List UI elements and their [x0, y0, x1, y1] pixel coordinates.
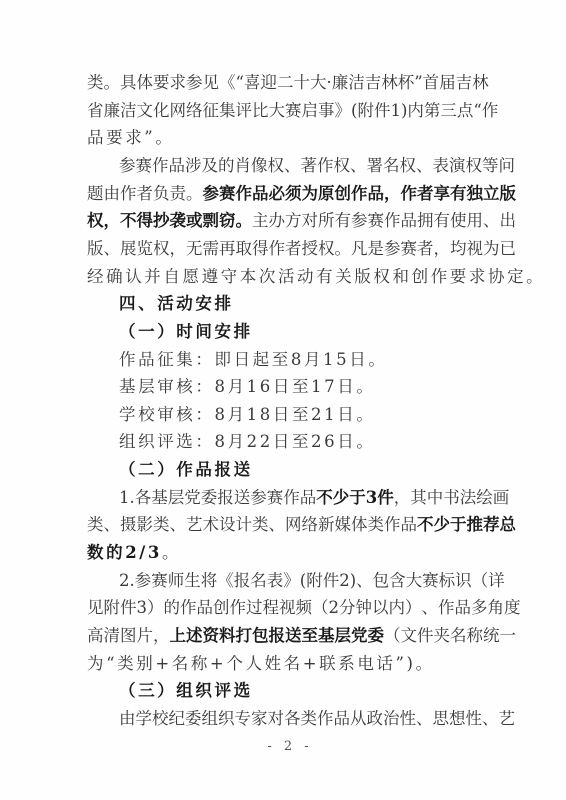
char: 层	[138, 376, 155, 398]
char: 遵	[202, 266, 219, 288]
char: 多	[471, 597, 488, 619]
text-line: 学校审核：8月18日至21日。	[119, 404, 480, 426]
bold-char: 于	[349, 487, 366, 509]
char: 核	[176, 404, 193, 426]
bold-char: 评	[214, 680, 231, 702]
char: 权	[466, 155, 483, 177]
char: 1	[390, 100, 401, 122]
bold-char: 必	[269, 183, 286, 205]
char: 已	[500, 238, 517, 260]
bold-char: 推	[467, 514, 484, 536]
char: 省	[87, 100, 104, 122]
char: 图	[120, 625, 137, 647]
char: 由	[104, 183, 121, 205]
char: 绘	[476, 487, 493, 509]
bold-char: 不	[316, 487, 333, 509]
bold-char: 抄	[153, 210, 170, 232]
char: ）	[147, 597, 164, 619]
char: 分	[339, 597, 356, 619]
text-line: （三）组织评选	[119, 680, 480, 702]
char: 授	[302, 238, 319, 260]
char: 点	[457, 100, 474, 122]
text-line: 四、活动安排	[119, 293, 480, 315]
char: 附	[306, 570, 323, 592]
char: 审	[157, 376, 174, 398]
char: 作	[120, 183, 137, 205]
bold-char: 品	[252, 183, 269, 205]
char: 、	[356, 570, 373, 592]
char: 艺	[186, 514, 203, 536]
char: 网	[285, 514, 302, 536]
bold-char: 品	[368, 183, 385, 205]
char: 师	[168, 570, 185, 592]
bold-char: /	[139, 542, 145, 564]
bold-char: 打	[236, 625, 253, 647]
char: 内	[407, 100, 424, 122]
bold-char: 送	[234, 459, 251, 481]
char: 件	[417, 625, 434, 647]
char: 首	[423, 72, 440, 94]
bold-char: 报	[214, 459, 231, 481]
char: 求	[469, 266, 486, 288]
char: 络	[186, 100, 203, 122]
bold-char: 时	[176, 321, 193, 343]
char: 姓	[265, 653, 282, 675]
char: 出	[500, 210, 517, 232]
char: 思	[433, 708, 450, 730]
char: 性	[400, 708, 417, 730]
char: 为	[483, 238, 500, 260]
char: 名	[172, 653, 189, 675]
text-line: 类。具体要求参见《“喜迎二十大·廉洁吉林杯”首届吉林	[87, 72, 480, 94]
char: 设	[219, 514, 236, 536]
bold-char: 于	[450, 514, 467, 536]
char: 8	[260, 404, 271, 426]
char: 者	[137, 183, 154, 205]
char: 家	[251, 708, 268, 730]
char: 起	[253, 349, 270, 371]
bold-char: 得	[137, 210, 154, 232]
text-line: 题由作者负责。参赛作品必须为原创作品，作者享有独立版	[87, 183, 480, 205]
char: 作	[384, 514, 401, 536]
char: 2	[339, 570, 350, 592]
char: 表	[433, 155, 450, 177]
char: 责	[170, 183, 187, 205]
char: 对	[268, 708, 285, 730]
char: 人	[245, 653, 262, 675]
char: 、	[170, 514, 187, 536]
char: 《	[219, 72, 236, 94]
char: ：	[195, 431, 212, 453]
char: 网	[170, 100, 187, 122]
char: 作	[438, 597, 455, 619]
char: 协	[488, 266, 505, 288]
char: 要	[450, 266, 467, 288]
char: 确	[106, 266, 123, 288]
char: 廉	[332, 72, 349, 94]
char: ”	[414, 72, 422, 94]
char: 集	[176, 349, 193, 371]
bold-char: 报	[269, 625, 286, 647]
char: ”	[396, 653, 404, 675]
char: 织	[138, 431, 155, 453]
char: 表	[267, 570, 284, 592]
char: 届	[439, 72, 456, 94]
char: 办	[269, 210, 286, 232]
char: 《	[217, 570, 234, 592]
char: 文	[137, 100, 154, 122]
char: 负	[153, 183, 170, 205]
char: 见	[203, 72, 220, 94]
char: 。	[356, 404, 373, 426]
char: 2	[260, 431, 271, 453]
char: 得	[252, 238, 269, 260]
char: 启	[302, 100, 319, 122]
char: 均	[450, 238, 467, 260]
bold-char: 者	[417, 183, 434, 205]
document-page: 类。具体要求参见《“喜迎二十大·廉洁吉林杯”首届吉林省廉洁文化网络征集评比大赛启…	[0, 0, 566, 800]
bold-char: 数	[87, 542, 104, 564]
char: 3	[137, 597, 148, 619]
char: 委	[185, 708, 202, 730]
char: ：	[195, 376, 212, 398]
char: 品	[197, 597, 214, 619]
bold-char: 排	[214, 293, 231, 315]
char: 林	[472, 72, 489, 94]
char: ，	[394, 487, 411, 509]
bold-char: 动	[176, 293, 193, 315]
char: 创	[412, 266, 429, 288]
page-number: - 2 -	[0, 739, 566, 754]
bold-char: 述	[186, 625, 203, 647]
char: 政	[367, 708, 384, 730]
char: 作	[230, 597, 247, 619]
char: 电	[357, 653, 374, 675]
char: 类	[87, 514, 104, 536]
char: 名	[250, 570, 267, 592]
bold-char: 包	[252, 625, 269, 647]
bold-char: 不	[417, 514, 434, 536]
char: 洁	[348, 72, 365, 94]
char: 治	[383, 708, 400, 730]
char: 二	[277, 72, 294, 94]
char: 作	[119, 349, 136, 371]
char: 类	[153, 514, 170, 536]
char: 计	[236, 514, 253, 536]
char: 件	[323, 570, 340, 592]
bold-char: （	[119, 459, 136, 481]
char: )	[407, 653, 413, 675]
char: 权	[373, 266, 390, 288]
char: ，	[434, 238, 451, 260]
char: 使	[450, 210, 467, 232]
char: 标	[439, 570, 456, 592]
bold-char: 2	[125, 542, 136, 564]
bold-char: 、	[138, 293, 155, 315]
bold-char: 享	[434, 183, 451, 205]
char: 度	[504, 597, 521, 619]
char: 主	[252, 210, 269, 232]
text-line: （一）时间安排	[119, 321, 480, 343]
char: 参	[384, 238, 401, 260]
char: 话	[376, 653, 393, 675]
char: ：	[195, 349, 212, 371]
char: 日	[337, 404, 354, 426]
char: 品	[401, 514, 418, 536]
char: 日	[337, 376, 354, 398]
bold-char: 少	[333, 487, 350, 509]
char: 。	[356, 431, 373, 453]
char: 统	[483, 625, 500, 647]
char: 作	[180, 597, 197, 619]
char: 权	[400, 155, 417, 177]
char: 日	[337, 431, 354, 453]
char: 是	[368, 238, 385, 260]
char: 至	[292, 431, 309, 453]
char: 经	[87, 266, 104, 288]
char: 具	[120, 72, 137, 94]
bold-char: 织	[195, 680, 212, 702]
char: 像	[251, 155, 268, 177]
char: 喜	[244, 72, 261, 94]
char: 大	[269, 100, 286, 122]
bold-char: 袭	[170, 210, 187, 232]
char: 创	[213, 597, 230, 619]
bold-char: 总	[500, 514, 517, 536]
char: 件	[374, 100, 391, 122]
char: 络	[302, 514, 319, 536]
char: 愿	[182, 266, 199, 288]
char: 即	[214, 349, 231, 371]
bold-char: 原	[318, 183, 335, 205]
char: 日	[273, 404, 290, 426]
char: 参	[351, 210, 368, 232]
char: 选	[176, 431, 193, 453]
char: 大	[406, 570, 423, 592]
char: 、	[350, 155, 367, 177]
char: 1	[247, 376, 258, 398]
char: 征	[203, 100, 220, 122]
char: 要	[153, 72, 170, 94]
char: 程	[263, 597, 280, 619]
bold-char: 党	[351, 625, 368, 647]
bold-char: 作	[236, 183, 253, 205]
char: 和	[393, 266, 410, 288]
char: 从	[350, 708, 367, 730]
text-line: 由学校纪委组织专家对各类作品从政治性、思想性、艺	[119, 708, 480, 730]
text-line: 见附件3）的作品创作过程视频（2分钟以内）、作品多角度	[87, 597, 480, 619]
char: 、	[416, 708, 433, 730]
char: 赛	[368, 210, 385, 232]
char: 学	[136, 708, 153, 730]
char: 第	[424, 100, 441, 122]
char: 吉	[365, 72, 382, 94]
bold-char: ）	[157, 459, 174, 481]
char: 品	[87, 127, 104, 149]
bold-char: 权	[87, 210, 104, 232]
char: 视	[467, 238, 484, 260]
char: 钟	[356, 597, 373, 619]
char: 。	[526, 266, 543, 288]
char: 。	[104, 72, 121, 94]
char: 拥	[417, 210, 434, 232]
char: 摄	[120, 514, 137, 536]
char: 、	[284, 155, 301, 177]
char: 层	[168, 487, 185, 509]
char: 化	[153, 100, 170, 122]
char: ）	[405, 597, 422, 619]
char: 自	[163, 266, 180, 288]
char: 赛	[422, 570, 439, 592]
char: 著	[301, 155, 318, 177]
char: （	[472, 570, 489, 592]
bold-char: 三	[138, 680, 155, 702]
bold-char: 组	[176, 680, 193, 702]
bold-char: ，	[104, 210, 121, 232]
char: 生	[184, 570, 201, 592]
bold-char: 。	[236, 210, 253, 232]
text-line: 组织评选：8月22日至26日。	[119, 431, 480, 453]
char: 类	[87, 72, 104, 94]
char: 及	[202, 155, 219, 177]
char: 日	[349, 349, 366, 371]
text-line: 为“类别+名称+个人姓名+联系电话”)。	[87, 653, 480, 675]
char: 校	[138, 404, 155, 426]
char: +	[210, 653, 224, 675]
bold-char: 须	[285, 183, 302, 205]
char: 事	[318, 100, 335, 122]
char: 法	[460, 487, 477, 509]
char: 包	[373, 570, 390, 592]
char: 要	[106, 127, 123, 149]
char: 、	[416, 155, 433, 177]
text-line: 品要求”。	[87, 127, 480, 149]
char: 件	[120, 597, 137, 619]
char: 、	[422, 597, 439, 619]
char: 为	[87, 653, 104, 675]
char: 赛	[285, 100, 302, 122]
char: 权	[334, 155, 351, 177]
bold-char: 二	[138, 459, 155, 481]
char: 附	[357, 100, 374, 122]
char: ，	[170, 238, 187, 260]
bold-char: 上	[170, 625, 187, 647]
char: 品	[138, 349, 155, 371]
char: 专	[235, 708, 252, 730]
char: 品	[169, 155, 186, 177]
char: 名	[383, 155, 400, 177]
char: 者	[285, 238, 302, 260]
bold-char: 四	[119, 293, 136, 315]
char: 品	[300, 487, 317, 509]
char: 。	[155, 127, 172, 149]
bold-char: 至	[302, 625, 319, 647]
char: 再	[219, 238, 236, 260]
char: 方	[285, 210, 302, 232]
char: 比	[252, 100, 269, 122]
char: 作	[317, 708, 334, 730]
bold-char: 创	[335, 183, 352, 205]
bold-char: 的	[106, 542, 123, 564]
bold-char: ）	[157, 680, 174, 702]
char: 送	[234, 487, 251, 509]
char: 。	[335, 238, 352, 260]
char: 党	[184, 487, 201, 509]
char: 用	[467, 210, 484, 232]
char: 学	[119, 404, 136, 426]
char: 求	[170, 72, 187, 94]
char: 杯	[398, 72, 415, 94]
char: 征	[157, 349, 174, 371]
char: 动	[297, 266, 314, 288]
char: 参	[250, 487, 267, 509]
char: 作	[482, 100, 499, 122]
char: 1	[323, 349, 334, 371]
char: 本	[240, 266, 257, 288]
bold-char: 一	[138, 321, 155, 343]
char: 8	[214, 376, 225, 398]
char: 类	[301, 708, 318, 730]
char: （	[384, 625, 401, 647]
char: 8	[291, 349, 302, 371]
char: 1	[247, 404, 258, 426]
char: 集	[219, 100, 236, 122]
char: 类	[368, 514, 385, 536]
text-line: 省廉洁文化网络征集评比大赛启事》(附件1)内第三点“作	[87, 100, 480, 122]
char: 夹	[434, 625, 451, 647]
char: 凡	[351, 238, 368, 260]
char: 守	[221, 266, 238, 288]
bold-char: 窃	[219, 210, 236, 232]
text-line: 作品征集：即日起至8月15日。	[119, 349, 480, 371]
bold-char: 料	[219, 625, 236, 647]
char: 至	[292, 376, 309, 398]
char: 品	[401, 210, 418, 232]
char: 片	[137, 625, 154, 647]
char: 织	[218, 708, 235, 730]
char: 校	[152, 708, 169, 730]
char: 类	[117, 653, 134, 675]
char: 需	[203, 238, 220, 260]
char: 由	[119, 708, 136, 730]
char: 关	[335, 266, 352, 288]
char: 。	[368, 349, 385, 371]
char: 》	[335, 100, 352, 122]
char: 含	[389, 570, 406, 592]
bold-char: 剽	[203, 210, 220, 232]
char: 其	[410, 487, 427, 509]
char: 以	[372, 597, 389, 619]
char: 权	[153, 238, 170, 260]
char: 作	[317, 155, 334, 177]
char: 频	[296, 597, 313, 619]
char: 日	[273, 431, 290, 453]
char: 高	[87, 625, 104, 647]
bold-char: 赛	[219, 183, 236, 205]
char: 6	[260, 376, 271, 398]
char: 。	[186, 183, 203, 205]
char: 想	[449, 708, 466, 730]
bold-char: 作	[351, 183, 368, 205]
bold-char: 委	[368, 625, 385, 647]
char: 6	[324, 431, 335, 453]
char: 2	[329, 597, 340, 619]
char: 报	[234, 570, 251, 592]
char: 画	[493, 487, 510, 509]
char: 所	[318, 210, 335, 232]
char: 题	[87, 183, 104, 205]
char: 1	[324, 404, 335, 426]
